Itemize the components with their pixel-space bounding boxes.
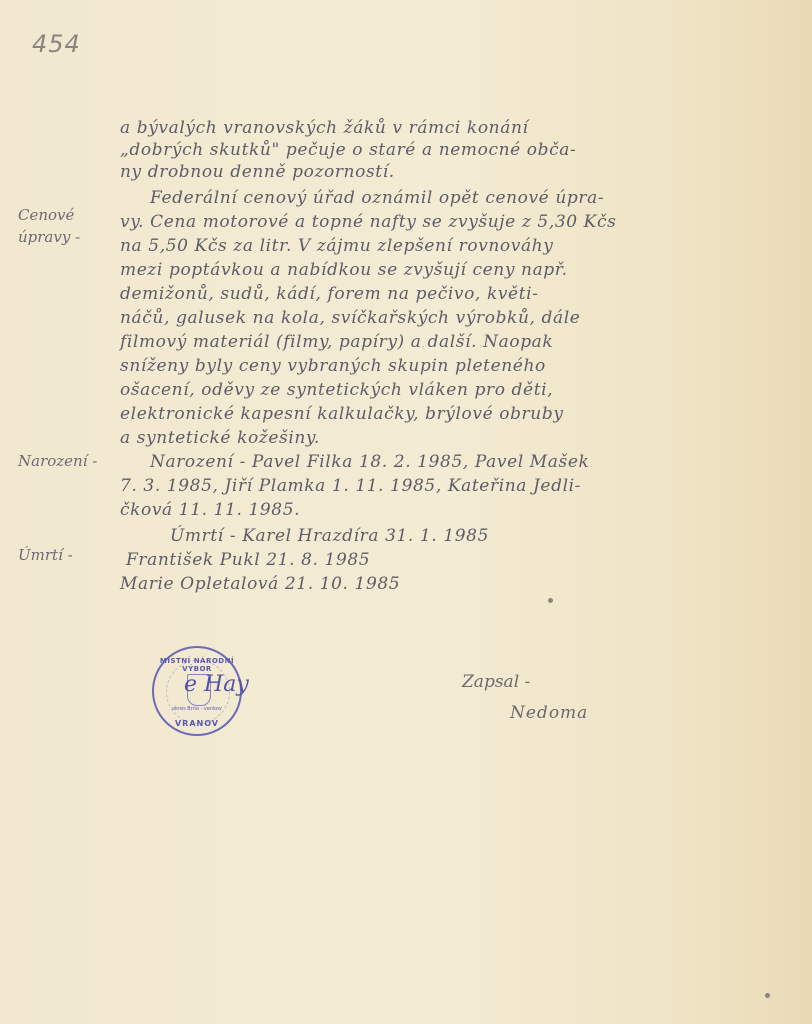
text-line: mezi poptávkou a nabídkou se zvyšují cen… [120,260,568,280]
recorded-by-label: Zapsal - [462,672,530,692]
text-line: Marie Opletalová 21. 10. 1985 [120,574,400,594]
text-line: ošacení, oděvy ze syntetických vláken pr… [120,380,553,400]
text-line: a bývalých vranovských žáků v rámci koná… [120,118,529,138]
text-line: ny drobnou denně pozorností. [120,162,395,182]
text-line: František Pukl 21. 8. 1985 [126,550,370,570]
text-line: filmový materiál (filmy, papíry) a další… [120,332,553,352]
stamp-bottom-text: VRANOV [154,719,240,728]
text-line: náčů, galusek na kola, svíčkařských výro… [120,308,580,328]
text-line: vy. Cena motorové a topné nafty se zvyšu… [120,212,616,232]
text-line: a syntetické kožešiny. [120,428,320,448]
text-line: demižonů, sudů, kádí, forem na pečivo, k… [120,284,539,304]
text-line: Narození - Pavel Filka 18. 2. 1985, Pave… [150,452,589,472]
text-line: Federální cenový úřad oznámil opět cenov… [150,188,604,208]
text-line: čková 11. 11. 1985. [120,500,300,520]
chronicle-page: 454 Cenovéúpravy -Narození -Úmrtí - a bý… [0,0,812,1024]
text-line: Úmrtí - Karel Hrazdíra 31. 1. 1985 [170,526,489,546]
stamp-top-text: MÍSTNÍ NÁRODNÍ VÝBOR [154,657,240,673]
margin-note: Cenové [18,206,74,224]
text-line: sníženy byly ceny vybraných skupin plete… [120,356,546,376]
text-line: elektronické kapesní kalkulačky, brýlové… [120,404,564,424]
paper-spot [765,993,770,998]
margin-note: Úmrtí - [18,546,73,564]
text-line: 7. 3. 1985, Jiří Plamka 1. 11. 1985, Kat… [120,476,581,496]
page-number: 454 [32,30,81,58]
stamp-sub-text: okres Brno - venkov [154,706,240,712]
text-line: na 5,50 Kčs za litr. V zájmu zlepšení ro… [120,236,553,256]
paper-spot [548,598,553,603]
margin-note: Narození - [18,452,97,470]
margin-note: úpravy - [18,228,80,246]
recorded-by-name: Nedoma [510,703,588,723]
stamp-signature: e Hay [184,672,249,697]
text-line: „dobrých skutků" pečuje o staré a nemocn… [120,140,576,160]
